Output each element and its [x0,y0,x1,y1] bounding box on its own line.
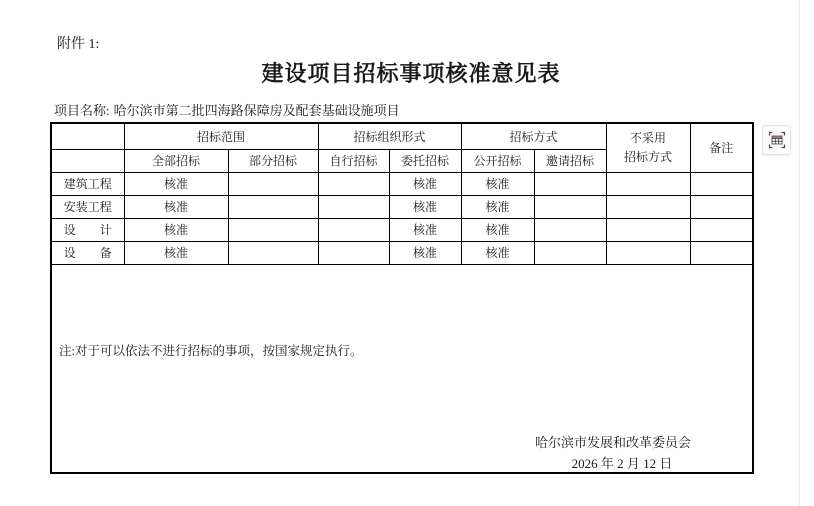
project-name-label: 项目名称: [54,103,110,118]
col-header-no-bid: 不采用 招标方式 [606,123,690,172]
cell [228,172,318,195]
cell [318,172,389,195]
row-label: 安装工程 [51,195,124,218]
cell: 核准 [461,218,534,241]
cell [228,195,318,218]
cell [690,218,753,241]
approval-table: 招标范围 招标组织形式 招标方式 不采用 招标方式 备注 全部招标 部分招标 自… [50,122,754,474]
cell [534,172,606,195]
col-group-bid-scope: 招标范围 [124,123,318,149]
cell [690,241,753,264]
cell [318,241,389,264]
row-label: 建筑工程 [51,172,124,195]
corner-cell [51,123,124,149]
cell: 核准 [124,195,228,218]
cell: 核准 [461,172,534,195]
row-label: 设 计 [51,218,124,241]
col-group-organization-form: 招标组织形式 [318,123,461,149]
cell: 核准 [461,195,534,218]
col-header-entrusted-bid: 委托招标 [389,149,461,172]
col-header-invited-bid: 邀请招标 [534,149,606,172]
cell [606,241,690,264]
table-row-construction: 建筑工程 核准 核准 核准 [51,172,753,195]
cell [606,172,690,195]
table-row-installation: 安装工程 核准 核准 核准 [51,195,753,218]
header-row-groups: 招标范围 招标组织形式 招标方式 不采用 招标方式 备注 [51,123,753,149]
table-row-equipment: 设 备 核准 核准 核准 [51,241,753,264]
cell [318,195,389,218]
cell [690,172,753,195]
cell [228,241,318,264]
cell [606,218,690,241]
cell: 核准 [389,241,461,264]
col-group-bid-method: 招标方式 [461,123,606,149]
page-title: 建设项目招标事项核准意见表 [60,57,762,88]
col-header-full-bid: 全部招标 [124,149,228,172]
attachment-label: 附件 1: [57,33,99,53]
cell [318,218,389,241]
cell: 核准 [124,172,228,195]
cell: 核准 [389,172,461,195]
cell: 核准 [389,195,461,218]
table-capture-icon [768,131,786,149]
cell [534,218,606,241]
table-footer-row: 注:对于可以依法不进行招标的事项，按国家规定执行。 哈尔滨市发展和改革委员会 2… [51,264,753,473]
project-name-line: 项目名称:哈尔滨市第二批四海路保障房及配套基础设施项目 [54,100,400,119]
cell: 核准 [389,218,461,241]
issue-date: 2026 年 2 月 12 日 [487,453,753,472]
issuing-authority: 哈尔滨市发展和改革委员会 [478,432,748,451]
col-header-remark: 备注 [690,123,753,172]
table-note: 注:对于可以依法不进行招标的事项，按国家规定执行。 [59,341,362,359]
cell [606,195,690,218]
corner-cell-2 [51,149,124,172]
row-label: 设 备 [51,241,124,264]
panel-edge-divider [799,0,800,506]
table-capture-button[interactable] [762,125,791,155]
cell: 核准 [124,218,228,241]
project-name-value: 哈尔滨市第二批四海路保障房及配套基础设施项目 [114,103,400,118]
cell [534,195,606,218]
cell [690,195,753,218]
cell [228,218,318,241]
cell: 核准 [124,241,228,264]
col-header-open-bid: 公开招标 [461,149,534,172]
cell [534,241,606,264]
no-bid-line2: 招标方式 [607,148,690,167]
cell: 核准 [461,241,534,264]
footer-cell: 注:对于可以依法不进行招标的事项，按国家规定执行。 哈尔滨市发展和改革委员会 2… [51,264,753,473]
col-header-self-bid: 自行招标 [318,149,389,172]
no-bid-line1: 不采用 [607,129,690,148]
table-row-design: 设 计 核准 核准 核准 [51,218,753,241]
col-header-partial-bid: 部分招标 [228,149,318,172]
